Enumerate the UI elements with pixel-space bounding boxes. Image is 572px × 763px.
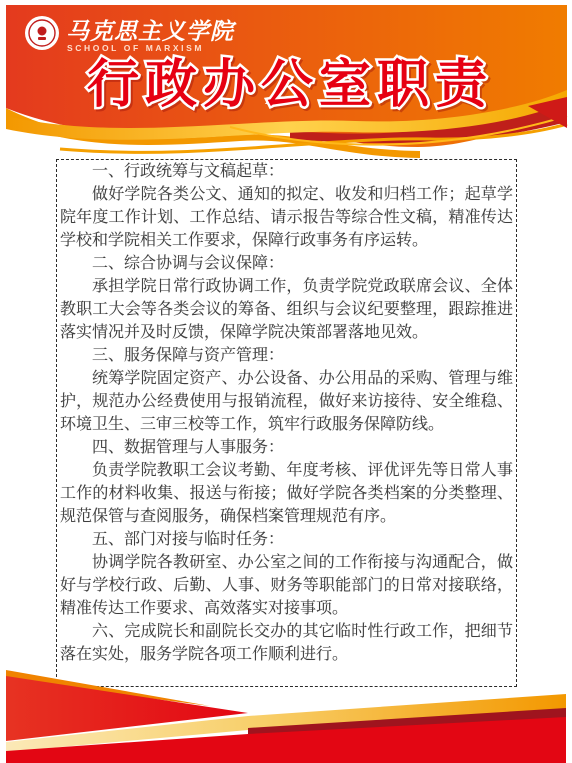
section-4-body: 负责学院教职工会议考勤、年度考核、评优评先等日常人事工作的材料收集、报送与衔接；… (60, 459, 513, 528)
org-name-zh: 马克思主义学院 (66, 18, 237, 44)
header-banner: 马克思主义学院 SCHOOL OF MARXISM 行政办公室职责 (0, 0, 572, 166)
poster-title: 行政办公室职责 (87, 56, 493, 114)
footer-banner (0, 668, 572, 763)
section-2-body: 承担学院日常行政协调工作，负责学院党政联席会议、全体教职工大会等各类会议的筹备、… (60, 275, 513, 344)
school-seal-icon (25, 16, 59, 50)
org-name-en: SCHOOL OF MARXISM (67, 43, 204, 53)
section-4-heading: 四、数据管理与人事服务： (60, 436, 513, 459)
section-1-heading: 一、行政统筹与文稿起草： (60, 160, 513, 183)
section-6-heading: 六、完成院长和副院长交办的其它临时性行政工作，把细节落在实处，服务学院各项工作顺… (60, 620, 513, 666)
poster-page: 马克思主义学院 SCHOOL OF MARXISM 行政办公室职责 一、行政统筹… (0, 0, 572, 763)
section-2-heading: 二、综合协调与会议保障： (60, 252, 513, 275)
section-3-body: 统筹学院固定资产、办公设备、办公用品的采购、管理与维护，规范办公经费使用与报销流… (60, 367, 513, 436)
section-5-body: 协调学院各教研室、办公室之间的工作衔接与沟通配合，做好与学校行政、后勤、人事、财… (60, 551, 513, 620)
section-1-body: 做好学院各类公文、通知的拟定、收发和归档工作；起草学院年度工作计划、工作总结、请… (60, 183, 513, 252)
section-3-heading: 三、服务保障与资产管理： (60, 344, 513, 367)
section-5-heading: 五、部门对接与临时任务： (60, 528, 513, 551)
duties-box: 一、行政统筹与文稿起草： 做好学院各类公文、通知的拟定、收发和归档工作；起草学院… (56, 159, 517, 687)
